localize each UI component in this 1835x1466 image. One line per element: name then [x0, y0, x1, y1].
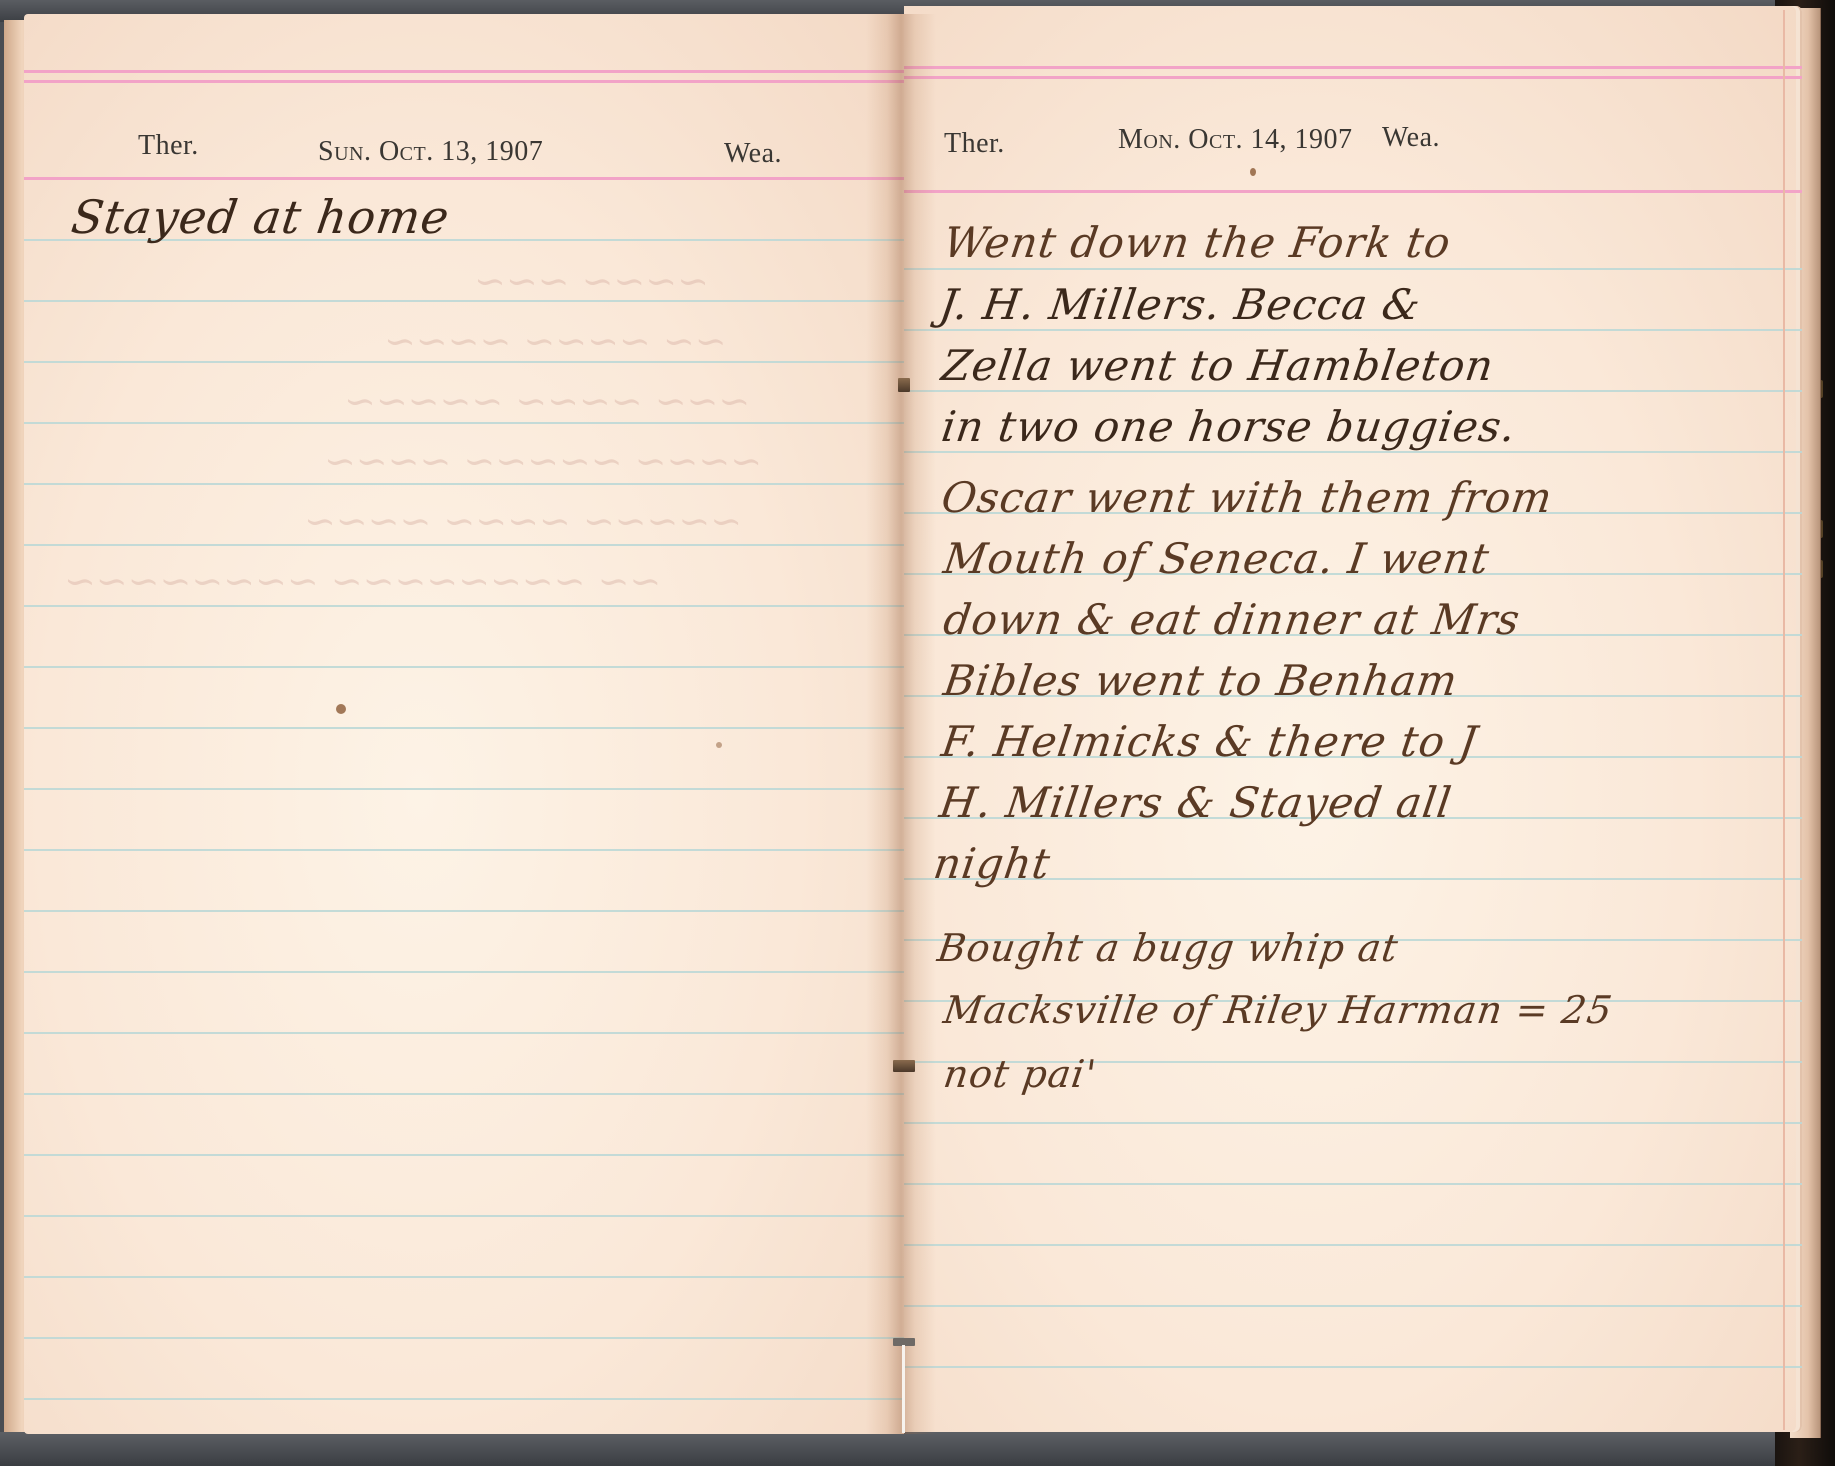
ruled-line	[24, 971, 904, 973]
ruled-line	[24, 1398, 904, 1400]
binding-stitch	[893, 1060, 915, 1072]
ruled-line	[24, 727, 904, 729]
page-date: Mon. Oct. 14, 1907	[1118, 124, 1353, 156]
bleed-through-text: ~~~~ ~~~	[474, 259, 709, 303]
bleed-through-text: ~~~~~ ~~~~ ~~~~	[304, 499, 742, 543]
bleed-through-text: ~~ ~~~~~~~~ ~~~~~~~~	[64, 559, 661, 603]
header-rule	[904, 190, 1802, 193]
diary-entry-line: Mouth of Seneca. I went	[941, 534, 1802, 583]
diary-entry-line: F. Helmicks & there to J	[939, 717, 1802, 766]
ruled-line	[904, 451, 1802, 453]
ruled-line	[24, 1276, 904, 1278]
diary-entry-line: in two one horse buggies.	[939, 402, 1802, 451]
ruled-line	[24, 1032, 904, 1034]
ink-spot	[336, 704, 346, 714]
diary-entry-line: down & eat dinner at Mrs	[941, 595, 1802, 644]
thermometer-label: Ther.	[944, 128, 1005, 160]
ruled-line	[24, 788, 904, 790]
diary-entry-line: Went down the Fork to	[941, 218, 1802, 267]
binding-thread	[902, 1345, 905, 1433]
weather-label: Wea.	[1382, 122, 1440, 154]
left-page-header: Ther. Sun. Oct. 13, 1907 Wea.	[24, 122, 904, 172]
ruled-line	[904, 1305, 1802, 1307]
header-rule	[24, 80, 904, 83]
background-bottom	[0, 1432, 1835, 1466]
bleed-through-text: ~~~ ~~~~ ~~~~~	[344, 379, 750, 423]
diary-entry-line: not pai'	[941, 1052, 1802, 1096]
ruled-line	[24, 1215, 904, 1217]
diary-entry-line: Macksville of Riley Harman = 25	[941, 988, 1802, 1032]
ruled-line	[24, 849, 904, 851]
ruled-line	[904, 390, 1802, 392]
ruled-line	[904, 1122, 1802, 1124]
diary-entry-line: Stayed at home	[68, 190, 904, 244]
ruled-line	[24, 483, 904, 485]
diary-entry-line: Bibles went to Benham	[941, 656, 1802, 705]
bleed-through-text: ~~ ~~~~ ~~~~	[384, 319, 727, 363]
ruled-line	[24, 910, 904, 912]
ruled-line	[24, 1337, 904, 1339]
header-rule	[24, 70, 904, 73]
diary-entry-line: J. H. Millers. Becca &	[937, 280, 1802, 329]
ink-spot	[1250, 168, 1256, 176]
diary-entry-line: Oscar went with them from	[939, 473, 1802, 522]
diary-entry-line: H. Millers & Stayed all	[937, 778, 1802, 827]
header-rule	[904, 76, 1802, 79]
page-edge	[1783, 10, 1785, 1430]
ruled-line	[904, 329, 1802, 331]
ruled-line	[24, 1093, 904, 1095]
ruled-line	[24, 666, 904, 668]
thermometer-label: Ther.	[138, 130, 199, 162]
bleed-through-text: ~~~~ ~~~~~ ~~~~	[324, 439, 762, 483]
binding-stitch	[898, 378, 910, 392]
page-date: Sun. Oct. 13, 1907	[318, 136, 543, 168]
right-page: Ther. Mon. Oct. 14, 1907 Wea. Went down …	[904, 6, 1802, 1432]
ruled-line	[24, 1154, 904, 1156]
weather-label: Wea.	[724, 138, 782, 170]
diary-entry-line: night	[931, 839, 1802, 888]
ink-spot	[716, 742, 722, 748]
diary-entry-line: Zella went to Hambleton	[939, 341, 1802, 390]
header-rule	[24, 177, 904, 180]
right-page-header: Ther. Mon. Oct. 14, 1907 Wea.	[904, 114, 1802, 164]
diary-entry-line: Bought a bugg whip at	[935, 926, 1802, 970]
left-page: Ther. Sun. Oct. 13, 1907 Wea. Stayed at …	[24, 14, 904, 1434]
ruled-line	[24, 544, 904, 546]
ruled-line	[904, 1366, 1802, 1368]
ruled-line	[904, 268, 1802, 270]
ruled-line	[24, 605, 904, 607]
ruled-line	[904, 1244, 1802, 1246]
ruled-line	[904, 1183, 1802, 1185]
ruled-line	[24, 300, 904, 302]
header-rule	[904, 66, 1802, 69]
